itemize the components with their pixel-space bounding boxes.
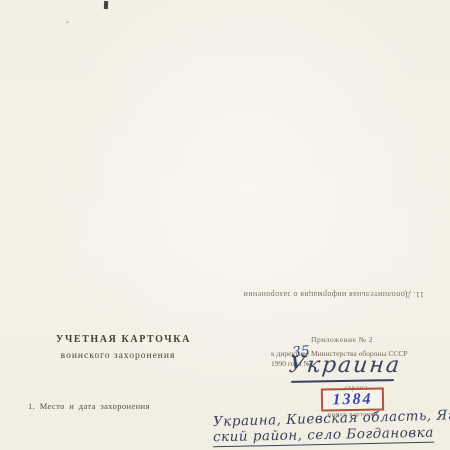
annex-heading: Приложение № 2 [271, 335, 413, 344]
handwritten-location-line2-text: ский район, село Богдановка [213, 425, 434, 448]
card-number-value: 1384 [332, 390, 372, 409]
scanned-card-page: 11. Дополнительная информация о захороне… [0, 0, 450, 450]
card-title-block: УЧЕТНАЯ КАРТОЧКА воинского захоронения [56, 334, 180, 361]
handwritten-location-line2: ский район, село Богдановка [213, 425, 434, 446]
flipped-section11-label: 11. Дополнительная информация о захороне… [204, 290, 424, 299]
card-title: УЧЕТНАЯ КАРТОЧКА [56, 334, 180, 345]
paper-speck [66, 21, 69, 23]
country-underline [291, 379, 394, 383]
card-subtitle: воинского захоронения [56, 351, 180, 361]
card-number-stamp-box: 1384 [321, 387, 384, 411]
scan-artifact-mark [104, 1, 108, 9]
handwritten-country-value: Украина [288, 353, 403, 378]
section1-label: 1. Место и дата захоронения [28, 401, 150, 411]
